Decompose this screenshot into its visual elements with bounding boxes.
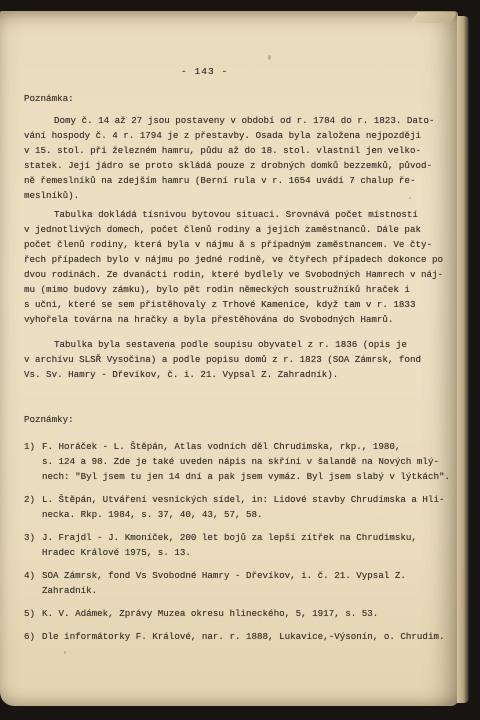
text-line: s učni, které se sem přistěhovaly z Trho… (24, 297, 458, 312)
text-line: ně řemeslníků na zdejším hamru (Berní ru… (24, 173, 458, 188)
footnote-marker: 5) (24, 606, 42, 621)
footnote-text: SOA Zámrsk, fond Vs Svobodné Hamry - Dře… (42, 568, 406, 598)
footnote-text: K. V. Adámek, Zprávy Muzea okresu hlinec… (42, 606, 378, 621)
notes-heading: Poznámky: (24, 412, 458, 427)
footnote-text: F. Horáček - L. Štěpán, Atlas vodních dě… (42, 439, 450, 484)
footnote-marker: 2) (24, 492, 42, 522)
book-page-edges (457, 16, 469, 703)
text-line: SOA Zámrsk, fond Vs Svobodné Hamry - Dře… (42, 568, 406, 583)
text-line: s. 124 a 98. Zde je také uveden nápis na… (42, 454, 450, 469)
text-line: meslníků). (24, 188, 458, 203)
text-line: Tabulka dokládá tísnivou bytovou situaci… (24, 207, 458, 222)
paragraph: Tabulka dokládá tísnivou bytovou situaci… (24, 207, 458, 327)
paragraph: Domy č. 14 až 27 jsou postaveny v období… (24, 113, 458, 203)
text-line: J. Frajdl - J. Kmoníček, 200 let bojů za… (42, 530, 417, 545)
footnote-item: 4) SOA Zámrsk, fond Vs Svobodné Hamry - … (24, 568, 458, 598)
note-heading: Poznámka: (24, 91, 458, 106)
text-line: Zahradník. (42, 583, 406, 598)
text-line: dvou rodinách. Ze dvanácti rodin, které … (24, 267, 458, 282)
footnote-marker: 6) (24, 629, 42, 644)
footnote-list: 1) F. Horáček - L. Štěpán, Atlas vodních… (24, 439, 458, 644)
footnote-marker: 3) (24, 530, 42, 560)
paragraph: Tabulka byla sestavena podle soupisu oby… (24, 337, 458, 382)
text-line: Tabulka byla sestavena podle soupisu oby… (24, 337, 458, 352)
footnote-text: J. Frajdl - J. Kmoníček, 200 let bojů za… (42, 530, 417, 560)
footnote-marker: 1) (24, 439, 42, 484)
text-line: v 15. stol. při železném hamru, půdu až … (24, 143, 458, 158)
text-line: počet členů rodiny, která byla v nájmu ă… (24, 237, 458, 252)
text-line: v archívu SLSŘ Vysočina) a podle popisu … (24, 352, 458, 367)
text-line: Dle informátorky F. Králové, nar. r. 188… (42, 629, 444, 644)
footnote-item: 2) L. Štěpán, Utváření vesnických sídel,… (24, 492, 458, 522)
scanned-page: - 143 - Poznámka: Domy č. 14 až 27 jsou … (0, 11, 458, 706)
text-line: Vs. Sv. Hamry - Dřevíkov, č. i. 21. Vyps… (24, 367, 458, 382)
text-line: řech případech bylo v nájmu po jedné rod… (24, 252, 458, 267)
text-line: nech: "Byl jsem tu jen 14 dní a pak jsem… (42, 469, 450, 484)
footnote-item: 1) F. Horáček - L. Štěpán, Atlas vodních… (24, 439, 458, 484)
text-line: necka. Rkp. 1984, s. 37, 40, 43, 57, 58. (42, 507, 444, 522)
text-line: mu (mimo budovy zámku), bylo pět rodin n… (24, 282, 458, 297)
footnote-item: 5) K. V. Adámek, Zprávy Muzea okresu hli… (24, 606, 458, 621)
text-line: Hradec Králové 1975, s. 13. (42, 545, 417, 560)
footnote-marker: 4) (24, 568, 42, 598)
text-line: statek. Její jádro se proto skládá pouze… (24, 158, 458, 173)
footnote-text: L. Štěpán, Utváření vesnických sídel, in… (42, 492, 444, 522)
text-line: vyhořela továrna na hračky a byla přestě… (24, 312, 458, 327)
page-content: Poznámka: Domy č. 14 až 27 jsou postaven… (0, 11, 458, 652)
footnote-item: 6) Dle informátorky F. Králové, nar. r. … (24, 629, 458, 644)
text-line: K. V. Adámek, Zprávy Muzea okresu hlinec… (42, 606, 378, 621)
text-line: L. Štěpán, Utváření vesnických sídel, in… (42, 492, 444, 507)
footnote-item: 3) J. Frajdl - J. Kmoníček, 200 let bojů… (24, 530, 458, 560)
text-line: Domy č. 14 až 27 jsou postaveny v období… (24, 113, 458, 128)
text-line: vání hospody č. 4 r. 1794 je z přestavby… (24, 128, 458, 143)
text-line: F. Horáček - L. Štěpán, Atlas vodních dě… (42, 439, 450, 454)
text-line: v jednotlivých domech, počet členů rodin… (24, 222, 458, 237)
footnote-text: Dle informátorky F. Králové, nar. r. 188… (42, 629, 444, 644)
